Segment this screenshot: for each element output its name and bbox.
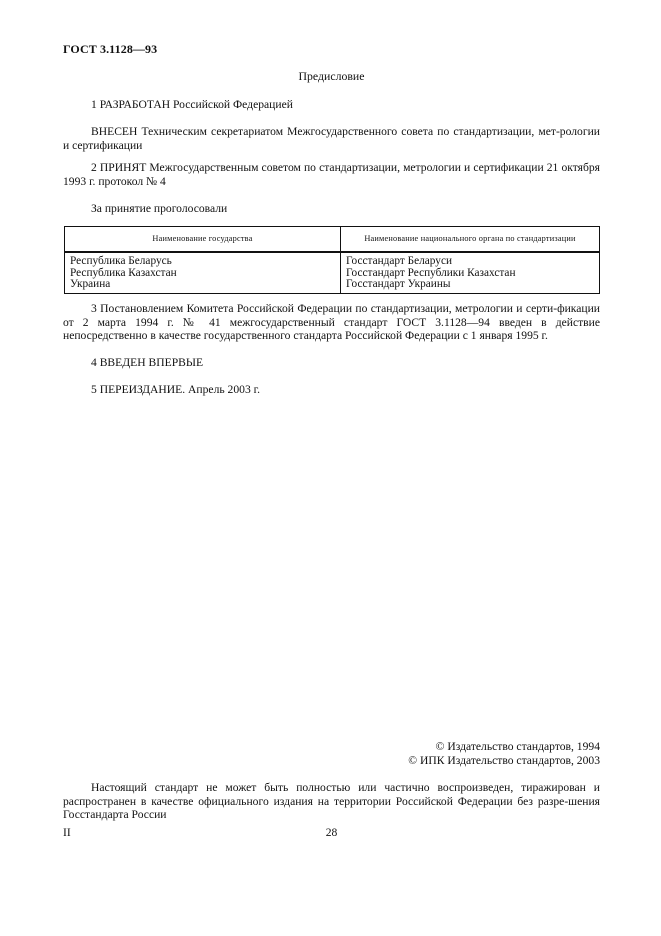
voting-states-table: Наименование государства Наименование на… <box>64 226 600 294</box>
copyright-line: © Издательство стандартов, 1994 <box>408 740 600 754</box>
national-body-name: Госстандарт Украины <box>346 279 595 291</box>
paragraph-developed: 1 РАЗРАБОТАН Российской Федерацией <box>63 98 600 112</box>
paragraph-enacted: 3 Постановлением Комитета Российской Фед… <box>63 302 600 343</box>
paragraph-first-introduced: 4 ВВЕДЕН ВПЕРВЫЕ <box>63 356 600 370</box>
state-name: Украина <box>70 279 336 291</box>
paragraph-reissue: 5 ПЕРЕИЗДАНИЕ. Апрель 2003 г. <box>63 383 600 397</box>
state-cell: Республика Беларусь Республика Казахстан… <box>65 252 341 293</box>
column-header-state: Наименование государства <box>65 227 341 253</box>
copyright-line: © ИПК Издательство стандартов, 2003 <box>408 754 600 768</box>
document-code: ГОСТ 3.1128—93 <box>63 43 157 57</box>
copyright-block: © Издательство стандартов, 1994 © ИПК Из… <box>408 740 600 768</box>
page-title: Предисловие <box>63 70 600 84</box>
table-row: Республика Беларусь Республика Казахстан… <box>65 252 600 293</box>
document-page: ГОСТ 3.1128—93 Предисловие 1 РАЗРАБОТАН … <box>63 0 600 936</box>
national-body-name: Госстандарт Беларуси <box>346 256 595 268</box>
national-body-cell: Госстандарт Беларуси Госстандарт Республ… <box>341 252 600 293</box>
paragraph-introduced: ВНЕСЕН Техническим секретариатом Межгосу… <box>63 125 600 152</box>
paragraph-reproduction-notice: Настоящий стандарт не может быть полност… <box>63 781 600 822</box>
state-name: Республика Беларусь <box>70 256 336 268</box>
table-header-row: Наименование государства Наименование на… <box>65 227 600 253</box>
page-number: 28 <box>63 826 600 840</box>
paragraph-adopted: 2 ПРИНЯТ Межгосударственным советом по с… <box>63 161 600 188</box>
column-header-national-body: Наименование национального органа по ста… <box>341 227 600 253</box>
paragraph-voted-for: За принятие проголосовали <box>63 202 600 216</box>
